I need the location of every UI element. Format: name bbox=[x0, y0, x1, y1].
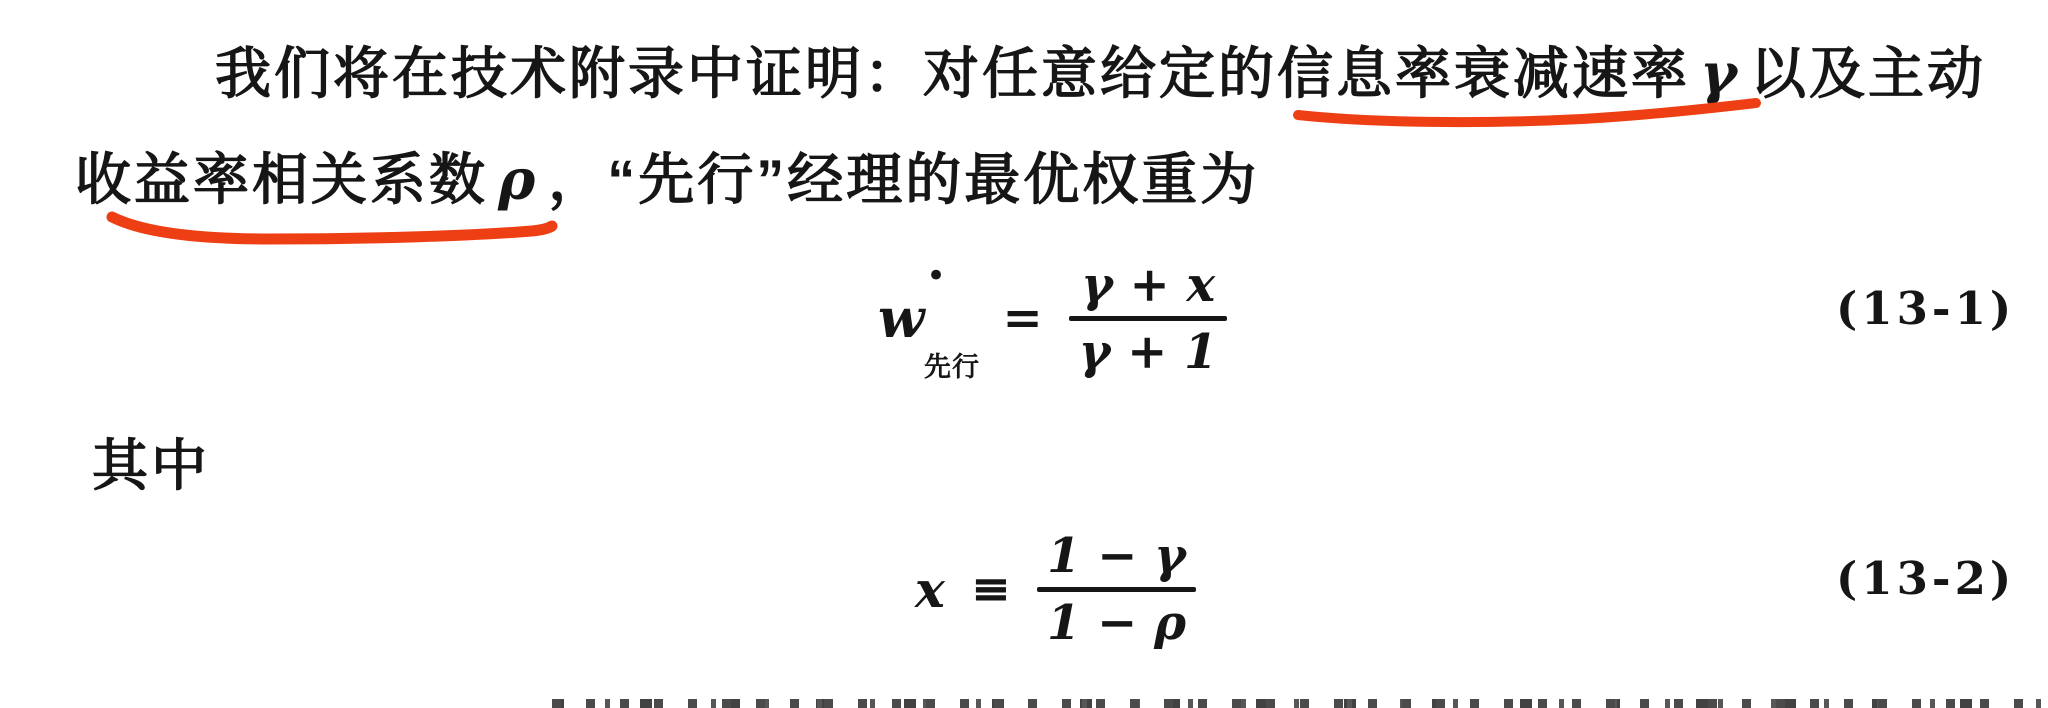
fraction-13-2-numerator: 1 − γ bbox=[1037, 528, 1196, 584]
fraction-13-2: 1 − γ 1 − ρ bbox=[1037, 528, 1196, 651]
line2-post-text: ，“先行”经理的最优权重为 bbox=[548, 148, 1259, 211]
fraction-13-1-denominator: γ + 1 bbox=[1069, 324, 1228, 380]
equation-13-2-lhs: x bbox=[915, 560, 945, 619]
equation-13-1: w • 先行 = γ + x γ + 1 bbox=[878, 258, 1227, 378]
x-variable: x bbox=[915, 560, 945, 619]
superscript-dot: • bbox=[926, 256, 946, 296]
red-underline-annotation-1 bbox=[1292, 94, 1762, 128]
line2-underlined-term: 收益率相关系数 bbox=[75, 148, 488, 211]
fraction-13-2-denominator: 1 − ρ bbox=[1037, 595, 1196, 651]
connector-word: 其中 bbox=[92, 422, 210, 502]
red-underline-stroke-1 bbox=[1298, 103, 1756, 122]
clipped-text-line bbox=[552, 699, 2044, 708]
red-underline-stroke-2 bbox=[112, 217, 552, 239]
fraction-13-1: γ + x γ + 1 bbox=[1069, 257, 1228, 380]
equation-number-13-2: (13-2) bbox=[1836, 552, 2015, 605]
w-variable: w bbox=[878, 286, 925, 350]
line1-pre-text: 我们将在技术附录中证明：对任意给定的 bbox=[215, 42, 1277, 105]
fraction-13-2-bar bbox=[1037, 587, 1196, 592]
scanned-book-page: 我们将在技术附录中证明：对任意给定的信息率衰减速率γ以及主动 收益率相关系数ρ，… bbox=[0, 0, 2048, 708]
identity-sign: ≡ bbox=[971, 561, 1011, 617]
equation-13-1-lhs: w • 先行 bbox=[878, 286, 925, 350]
fraction-13-1-bar bbox=[1069, 316, 1228, 321]
red-underline-annotation-2 bbox=[104, 208, 559, 250]
equals-sign: = bbox=[1003, 290, 1043, 346]
equation-13-2: x ≡ 1 − γ 1 − ρ bbox=[915, 524, 1196, 654]
equation-number-13-1: (13-1) bbox=[1836, 282, 2015, 335]
line1-post-text: 以及主动 bbox=[1750, 42, 1986, 105]
paragraph-line-2: 收益率相关系数ρ，“先行”经理的最优权重为 bbox=[75, 136, 1259, 216]
subscript-xianxing: 先行 bbox=[924, 345, 980, 384]
fraction-13-1-numerator: γ + x bbox=[1069, 257, 1228, 313]
rho-variable: ρ bbox=[498, 147, 538, 213]
